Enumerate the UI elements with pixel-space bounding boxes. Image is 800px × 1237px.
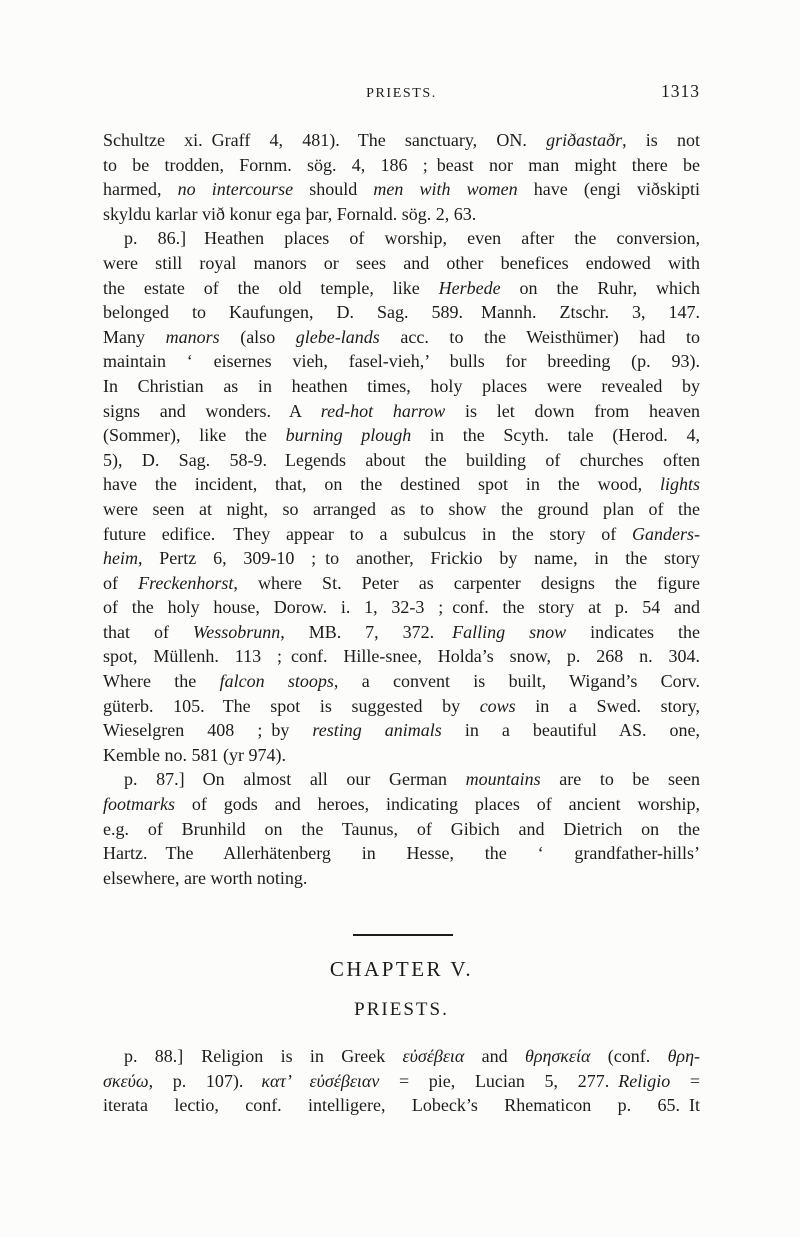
text-line: e.g. of Brunhild on the Taunus, of Gibic… xyxy=(103,817,700,842)
text-line: footmarks of gods and heroes, indicating… xyxy=(103,792,700,817)
book-page: PRIESTS. 1313 Schultze xi. Graff 4, 481)… xyxy=(0,0,800,1237)
paragraph: p. 87.] On almost all our German mountai… xyxy=(103,767,700,890)
page-number: 1313 xyxy=(661,81,700,102)
text-line: iterata lectio, conf. intelligere, Lobec… xyxy=(103,1093,700,1118)
page-body-bottom: p. 88.] Religion is in Greek εὐσέβεια an… xyxy=(103,1044,700,1118)
page-body-top: Schultze xi. Graff 4, 481). The sanctuar… xyxy=(103,128,700,890)
text-line: harmed, no intercourse should men with w… xyxy=(103,177,700,202)
running-head: PRIESTS. 1313 xyxy=(103,83,700,105)
paragraph: p. 88.] Religion is in Greek εὐσέβεια an… xyxy=(103,1044,700,1118)
text-line: maintain ‘ eisernes vieh, fasel-vieh,’ b… xyxy=(103,349,700,374)
text-line: Kemble no. 581 (yr 974). xyxy=(103,743,700,768)
text-line: that of Wessobrunn, MB. 7, 372. Falling … xyxy=(103,620,700,645)
text-line: 5), D. Sag. 58-9. Legends about the buil… xyxy=(103,448,700,473)
text-line: belonged to Kaufungen, D. Sag. 589. Mann… xyxy=(103,300,700,325)
text-line: p. 86.] Heathen places of worship, even … xyxy=(103,226,700,251)
text-line: skyldu karlar við konur ega þar, Fornald… xyxy=(103,202,700,227)
text-line: of the holy house, Dorow. i. 1, 32-3 ; c… xyxy=(103,595,700,620)
text-line: σκεύω, p. 107). κατ’ εὐσέβειαν = pie, Lu… xyxy=(103,1069,700,1094)
text-line: elsewhere, are worth noting. xyxy=(103,866,700,891)
text-line: p. 87.] On almost all our German mountai… xyxy=(103,767,700,792)
text-line: of Freckenhorst, where St. Peter as carp… xyxy=(103,571,700,596)
text-line: p. 88.] Religion is in Greek εὐσέβεια an… xyxy=(103,1044,700,1069)
text-line: signs and wonders. A red-hot harrow is l… xyxy=(103,399,700,424)
text-line: to be trodden, Fornm. sög. 4, 186 ; beas… xyxy=(103,153,700,178)
text-line: Wieselgren 408 ; by resting animals in a… xyxy=(103,718,700,743)
running-head-title: PRIESTS. xyxy=(103,86,700,102)
chapter-heading: CHAPTER V. xyxy=(103,957,700,982)
text-line: Schultze xi. Graff 4, 481). The sanctuar… xyxy=(103,128,700,153)
text-line: have the incident, that, on the destined… xyxy=(103,472,700,497)
paragraph: Schultze xi. Graff 4, 481). The sanctuar… xyxy=(103,128,700,226)
section-heading: PRIESTS. xyxy=(103,999,700,1021)
text-line: were seen at night, so arranged as to sh… xyxy=(103,497,700,522)
text-line: Many manors (also glebe-lands acc. to th… xyxy=(103,325,700,350)
text-line: (Sommer), like the burning plough in the… xyxy=(103,423,700,448)
section-divider-rule xyxy=(353,934,453,936)
text-line: spot, Müllenh. 113 ; conf. Hille-snee, H… xyxy=(103,644,700,669)
text-line: future edifice. They appear to a subulcu… xyxy=(103,522,700,547)
text-line: In Christian as in heathen times, holy p… xyxy=(103,374,700,399)
text-line: heim, Pertz 6, 309-10 ; to another, Fric… xyxy=(103,546,700,571)
paragraph: p. 86.] Heathen places of worship, even … xyxy=(103,226,700,767)
text-line: the estate of the old temple, like Herbe… xyxy=(103,276,700,301)
text-line: Where the falcon stoops, a convent is bu… xyxy=(103,669,700,694)
text-line: were still royal manors or sees and othe… xyxy=(103,251,700,276)
text-line: Hartz. The Allerhätenberg in Hesse, the … xyxy=(103,841,700,866)
text-line: güterb. 105. The spot is suggested by co… xyxy=(103,694,700,719)
